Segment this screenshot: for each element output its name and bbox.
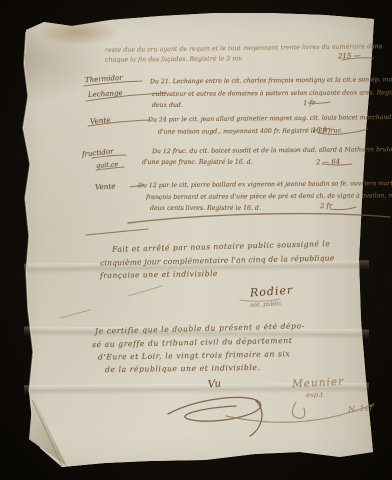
signature-subscript: exp.t [306, 391, 323, 400]
archival-scan: reste due du cru ayant de requin et le t… [0, 0, 392, 480]
manuscript-line: deux cents livres. Registré le 16. d. [150, 205, 261, 212]
amount-note: 16 fr [312, 126, 329, 135]
manuscript-line: chaque la fin des façades. Registré le 3… [105, 55, 243, 63]
amount-note: 1 fr [303, 99, 316, 107]
manuscript-line: deux dud. [152, 102, 183, 109]
margin-note: Vente [90, 115, 111, 126]
manuscript-sheet [0, 0, 392, 480]
document-number: N. 1er [348, 403, 374, 414]
left-signature: Vu [207, 378, 221, 390]
amount-note: 215 — [338, 52, 361, 61]
amount-note: 2 — 64 [316, 158, 340, 167]
amount-note: 2 fr [320, 202, 333, 210]
manuscript-line: d'une page franc. Registré le 16. d. [142, 159, 253, 166]
margin-note: quit.ce [96, 160, 119, 170]
margin-note: Vente [95, 181, 116, 191]
